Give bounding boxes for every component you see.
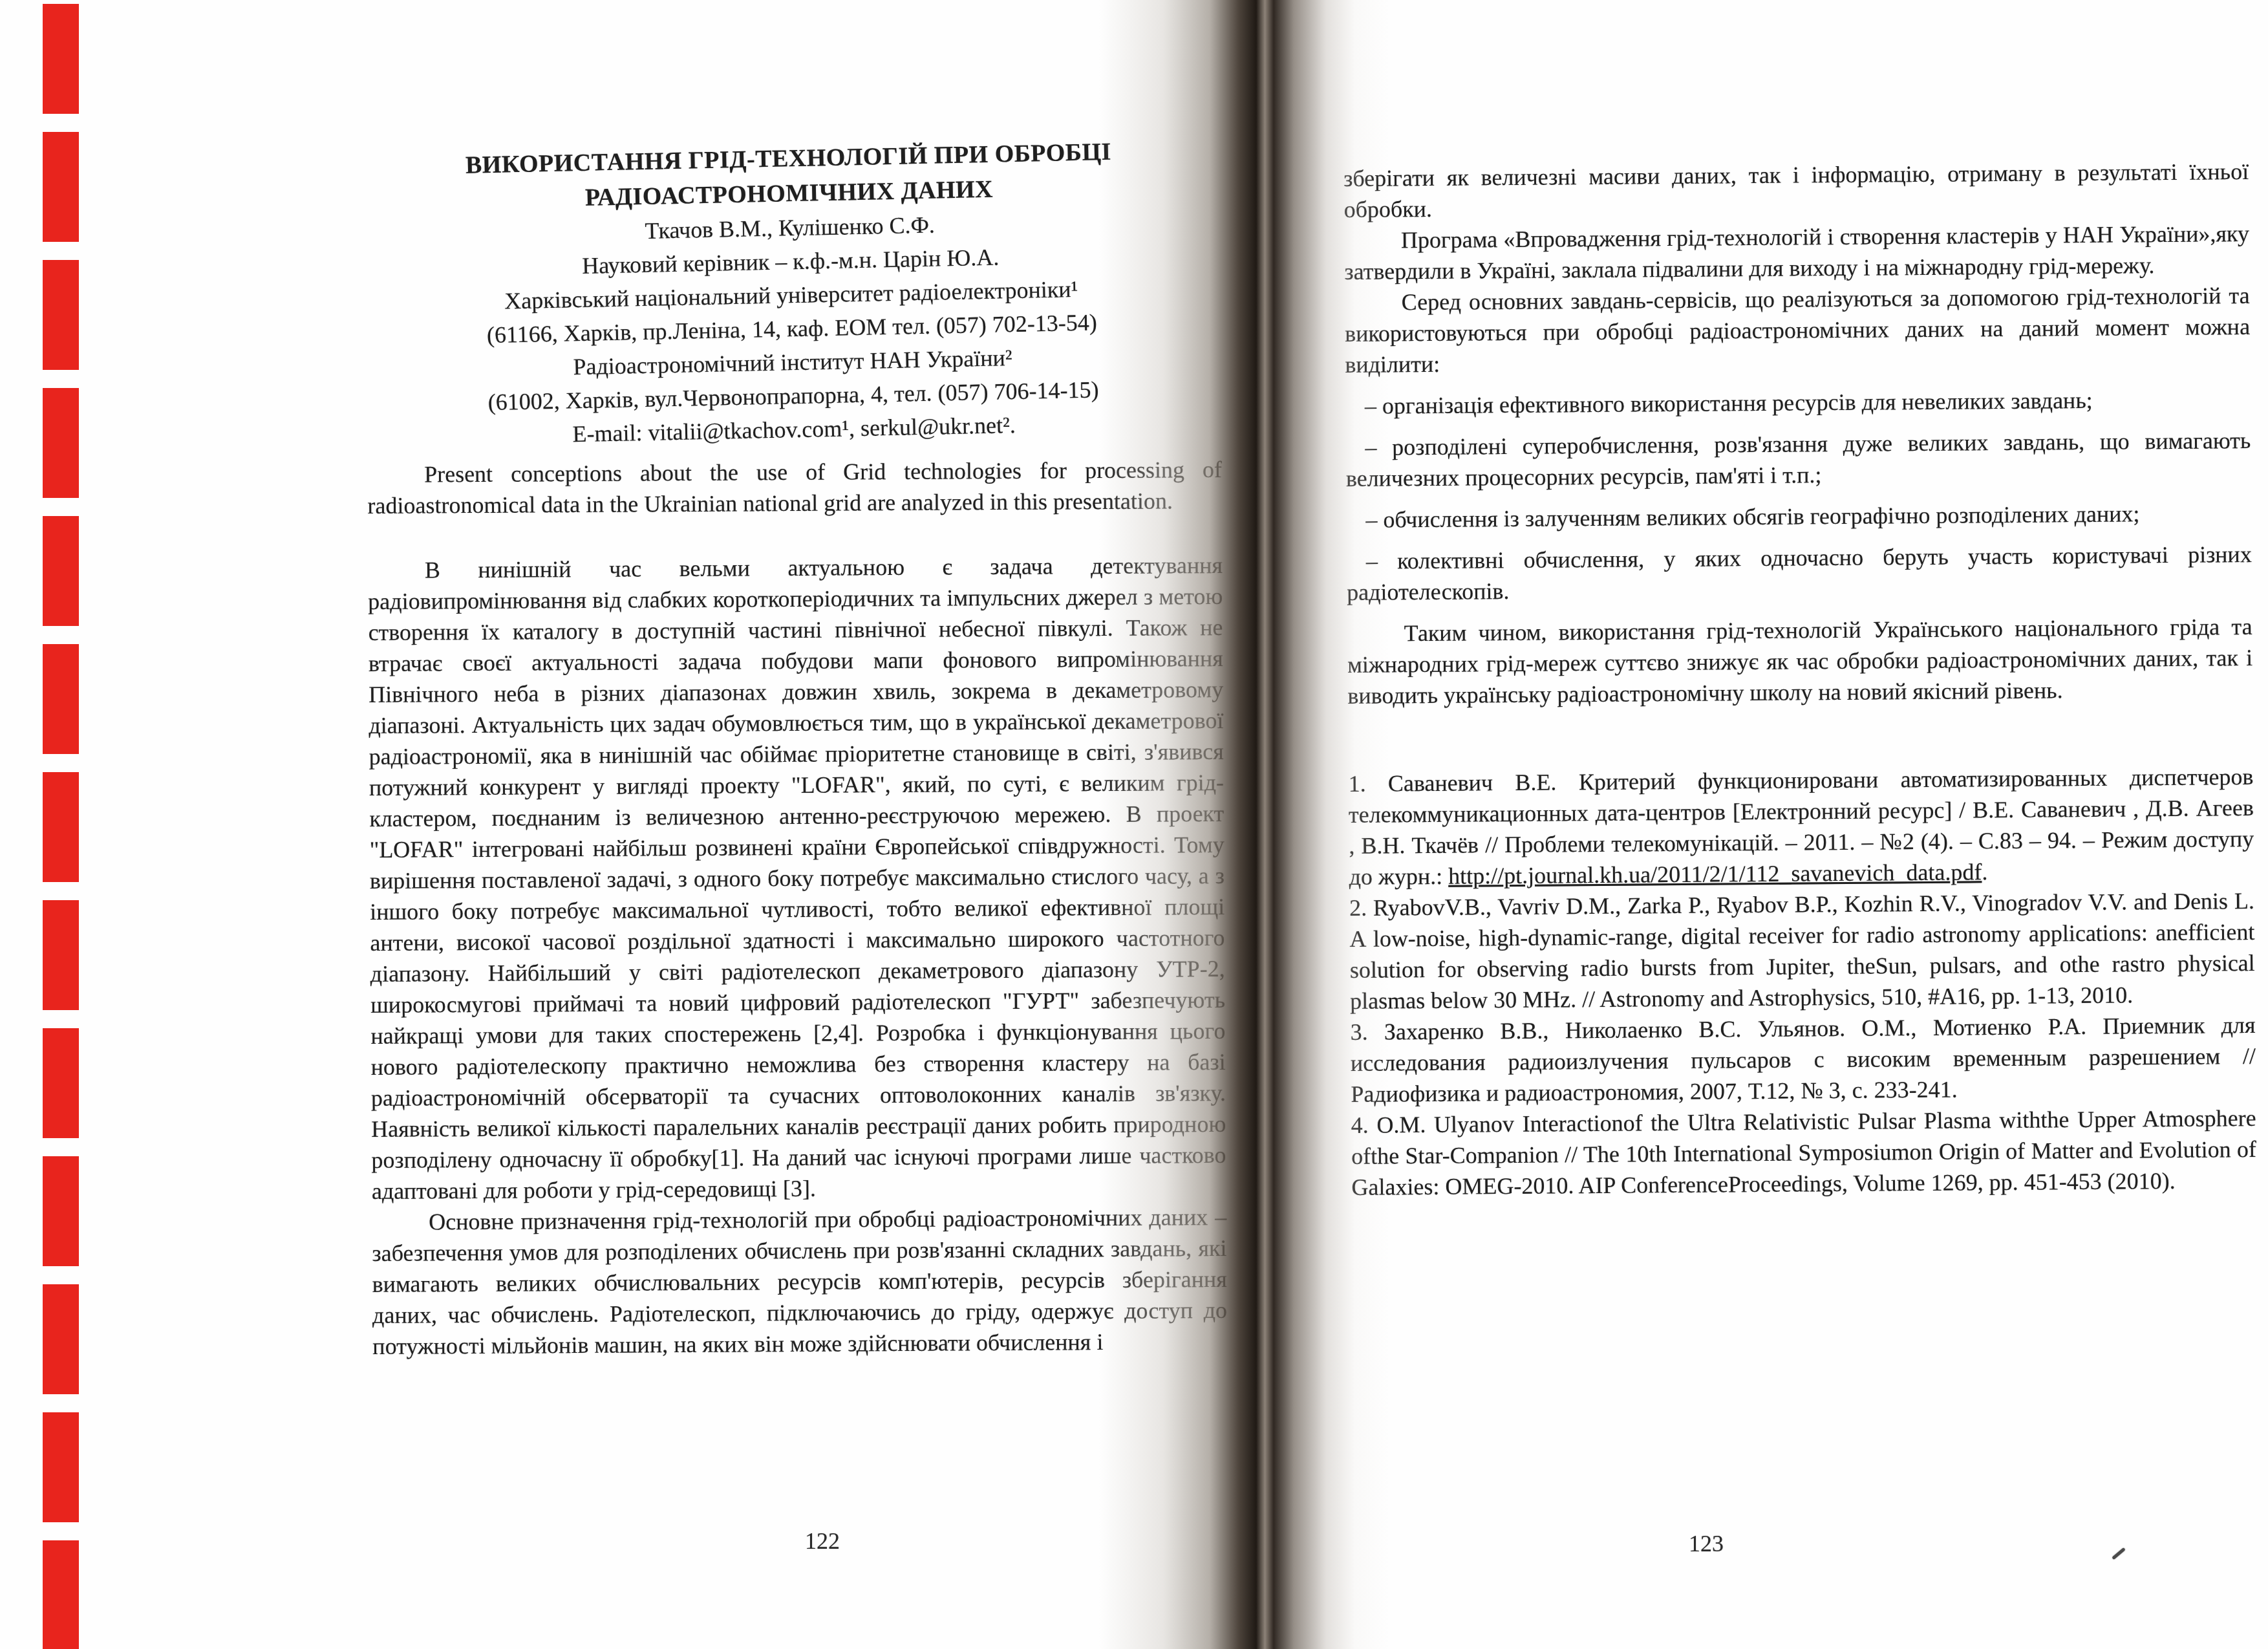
paper-abstract: Present conceptions about the use of Gri… (367, 454, 1223, 521)
left-page-body: В нинішній час вельми актуальною є задач… (368, 550, 1228, 1362)
paragraph: – колективні обчислення, у яких одночасн… (1347, 539, 2252, 608)
book-scan: ВИКОРИСТАННЯ ГРІД-ТЕХНОЛОГІЙ ПРИ ОБРОБЦІ… (0, 0, 2268, 1649)
paragraph: Основне призначення грід-технологій при … (372, 1202, 1227, 1362)
scan-edge-marker (43, 4, 79, 1649)
paper-header: ВИКОРИСТАННЯ ГРІД-ТЕХНОЛОГІЙ ПРИ ОБРОБЦІ… (361, 132, 1222, 455)
right-page-body: зберігати як величезні масиви даних, так… (1343, 156, 2253, 711)
reference-4: 4. O.M. Ulyanov Interactionof the Ultra … (1351, 1103, 2256, 1203)
reference-url: http://pt.journal.kh.ua/2011/2/1/112_sav… (1448, 859, 1982, 889)
pen-mark (2112, 1547, 2126, 1560)
page-left: ВИКОРИСТАННЯ ГРІД-ТЕХНОЛОГІЙ ПРИ ОБРОБЦІ… (365, 145, 1227, 1362)
page-number-right: 123 (1689, 1530, 1724, 1557)
paragraph: зберігати як величезні масиви даних, так… (1343, 156, 2249, 225)
paragraph: – організація ефективного використання р… (1345, 383, 2251, 422)
reference-1-tail: . (1982, 859, 1987, 885)
paragraph: Серед основних завдань-сервісів, що реал… (1345, 280, 2251, 380)
paragraph: – розподілені суперобчислення, розв'язан… (1345, 425, 2251, 494)
page-number-left: 122 (805, 1527, 840, 1555)
reference-3: 3. Захаренко В.В., Николаенко В.С. Ульян… (1350, 1009, 2256, 1110)
paragraph: Таким чином, використання грід-технологі… (1347, 611, 2253, 711)
paragraph: В нинішній час вельми актуальною є задач… (368, 550, 1226, 1207)
paragraph: – обчислення із залученням великих обсяг… (1346, 497, 2251, 535)
references-list: 1. Саваневич В.Е. Критерий функционирова… (1348, 761, 2256, 1203)
reference-1: 1. Саваневич В.Е. Критерий функционирова… (1348, 761, 2254, 892)
page-right: зберігати як величезні масиви даних, так… (1343, 156, 2257, 1203)
reference-2: 2. RyabovV.B., Vavriv D.M., Zarka P., Ry… (1349, 885, 2255, 1017)
paragraph: Програма «Впровадження грід-технологій і… (1344, 218, 2250, 287)
